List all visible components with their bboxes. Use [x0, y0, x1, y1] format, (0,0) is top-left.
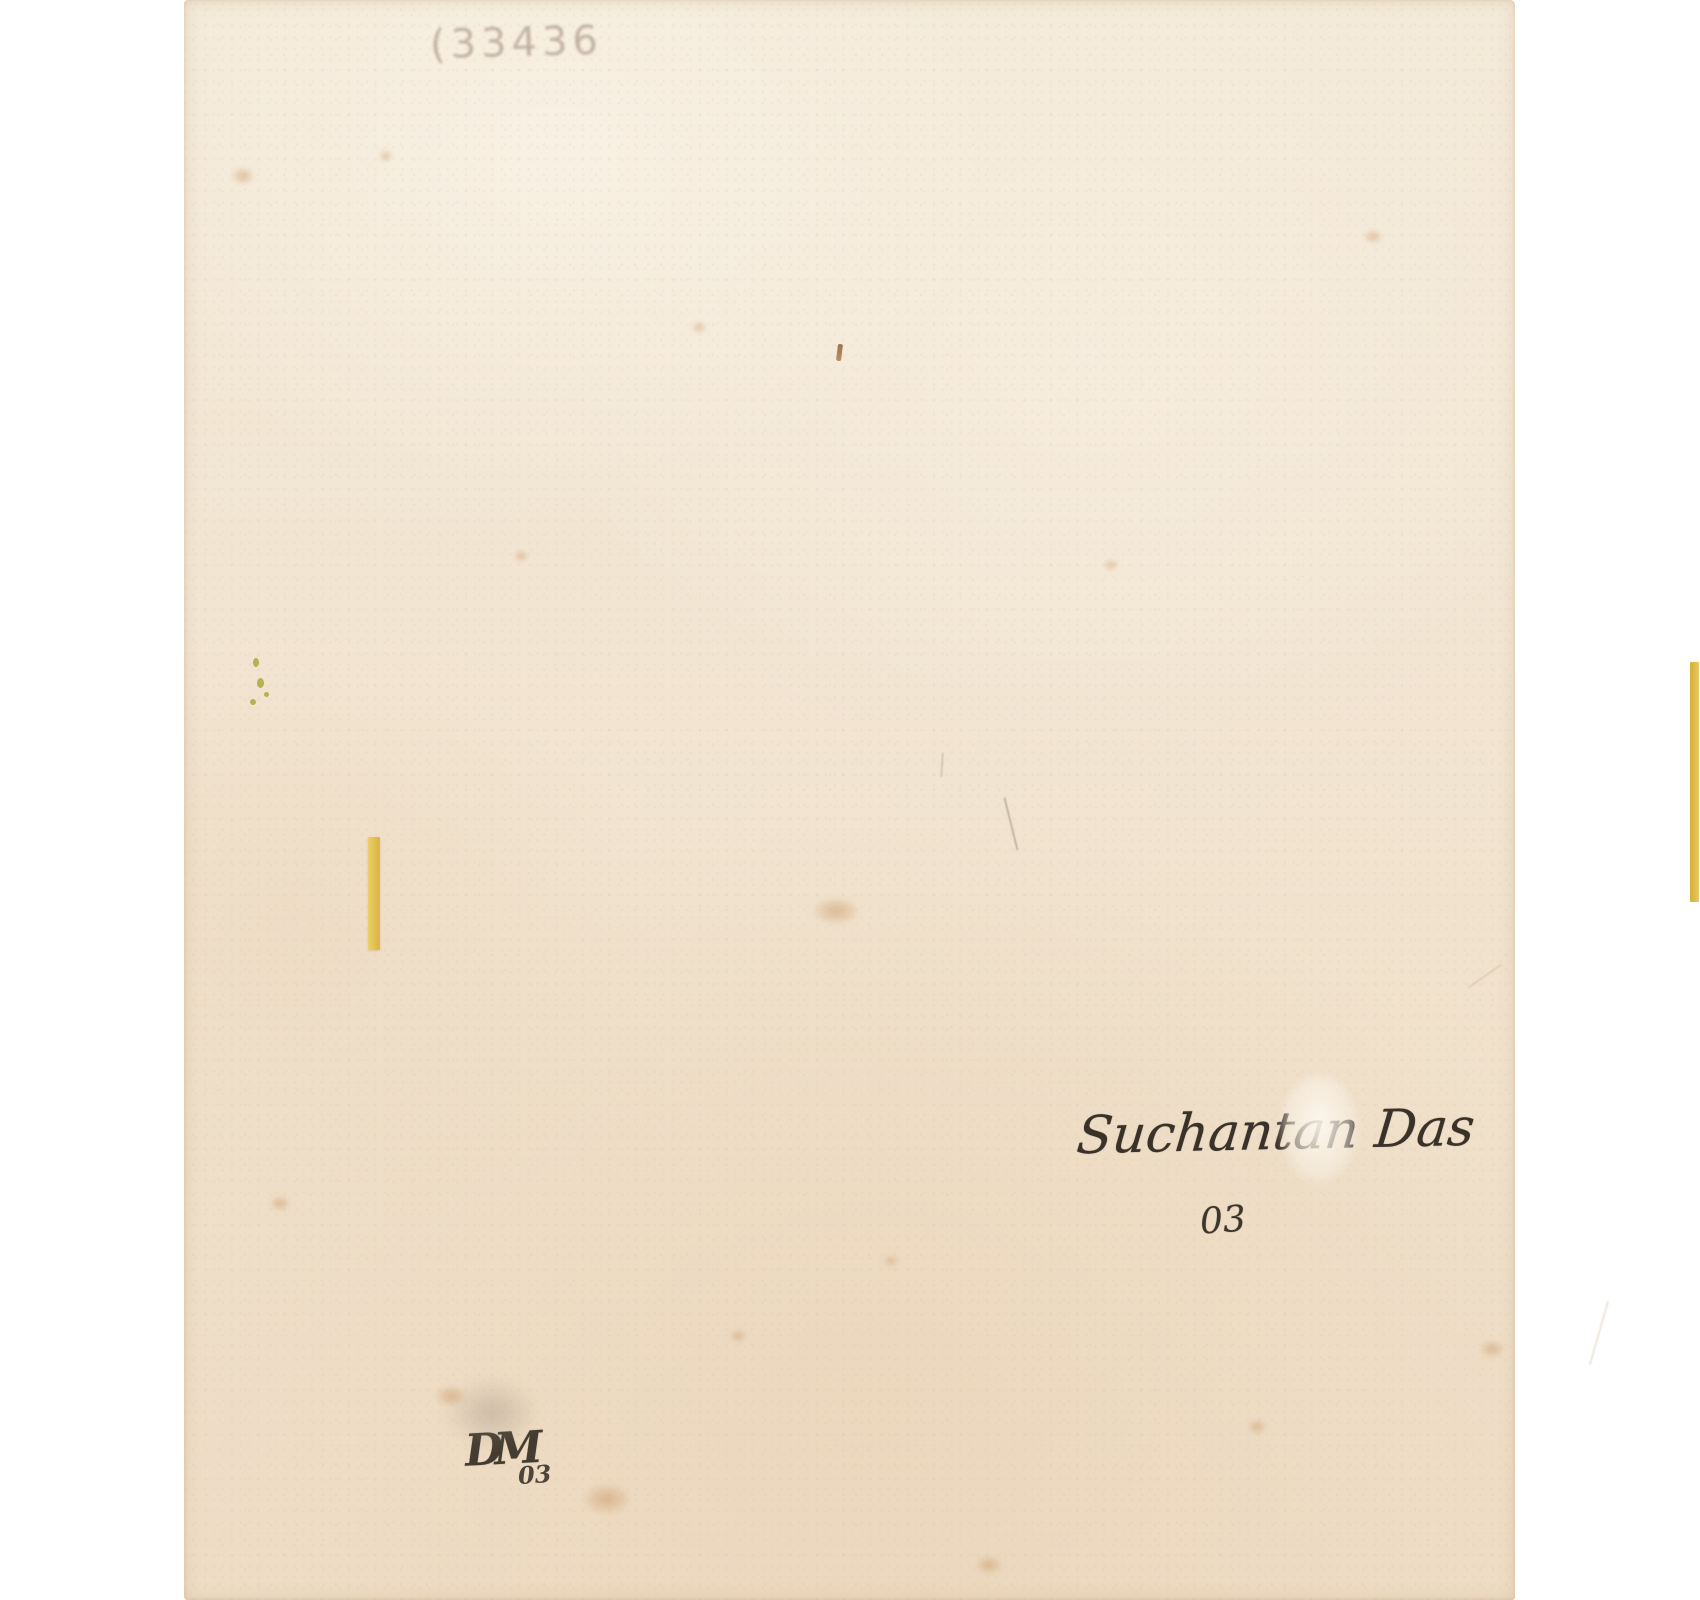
pencil-inscription: (33436 [429, 18, 603, 69]
artist-signature: Suchantan Das [1074, 1098, 1478, 1166]
foxing-stain [814, 898, 858, 924]
photo-canvas: (33436 Suchantan Das 03 DM 03 [0, 0, 1700, 1600]
foxing-spot [976, 1556, 1002, 1574]
paper-sheet: (33436 Suchantan Das 03 DM 03 [184, 0, 1515, 1600]
foxing-spot [1480, 1340, 1504, 1358]
signature-year: 03 [1199, 1198, 1248, 1242]
green-paint-speck [250, 699, 256, 705]
green-paint-speck [257, 678, 264, 688]
brown-fleck [836, 344, 843, 361]
foxing-spot [232, 168, 254, 184]
foxing-stain [584, 1484, 630, 1514]
tape-remnant-right-edge [1690, 662, 1699, 902]
foxing-stain [436, 1386, 466, 1406]
foxing-spot [514, 550, 528, 562]
green-paint-speck [264, 692, 269, 697]
scratch-mark [940, 753, 944, 777]
foxing-spot [270, 1196, 290, 1211]
monogram-year: 03 [517, 1459, 552, 1490]
foxing-spot [884, 1256, 898, 1266]
foxing-spot [730, 1330, 746, 1342]
tape-remnant-left-edge [368, 837, 380, 950]
green-paint-speck [253, 658, 259, 667]
foxing-spot [380, 150, 392, 162]
scratch-mark [1003, 798, 1018, 851]
foxing-spot [1364, 230, 1382, 243]
foxing-spot [1248, 1420, 1266, 1434]
foxing-spot [1104, 560, 1118, 570]
scratch-mark [1589, 1301, 1609, 1365]
foxing-spot [692, 322, 706, 333]
scratch-mark [1468, 964, 1502, 989]
